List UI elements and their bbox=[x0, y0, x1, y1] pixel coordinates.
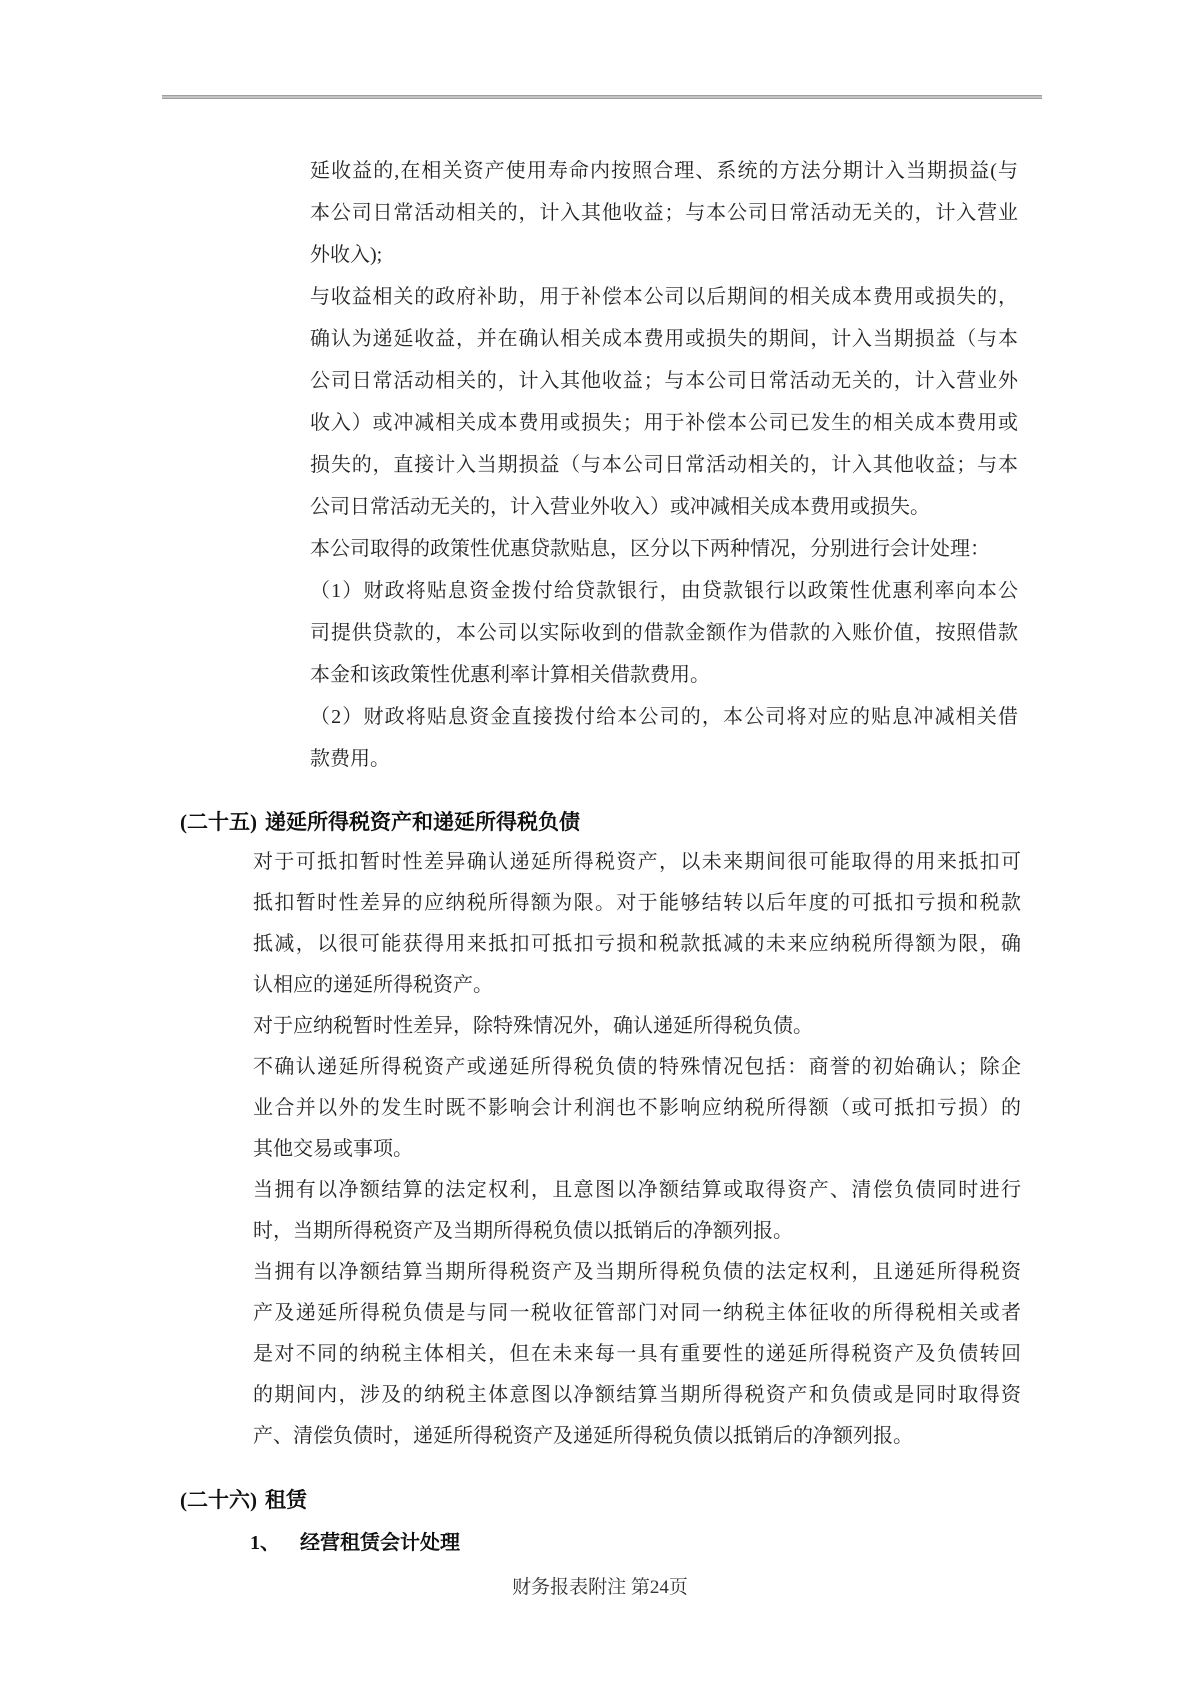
text-line: 款费用。 bbox=[310, 738, 1018, 780]
text-line: 认相应的递延所得税资产。 bbox=[253, 965, 1021, 1006]
section-heading-25: (二十五)递延所得税资产和递延所得税负债 bbox=[180, 806, 580, 836]
text-line: 产、清偿负债时，递延所得税资产及递延所得税负债以抵销后的净额列报。 bbox=[253, 1416, 1021, 1457]
section-title: 租赁 bbox=[265, 1488, 307, 1512]
item-number: 1、 bbox=[250, 1526, 300, 1555]
text-line: 是对不同的纳税主体相关，但在未来每一具有重要性的递延所得税资产及负债转回 bbox=[253, 1334, 1021, 1375]
text-line: 本公司取得的政策性优惠贷款贴息，区分以下两种情况，分别进行会计处理： bbox=[310, 528, 1018, 570]
page-footer: 财务报表附注 第24页 bbox=[0, 1572, 1200, 1599]
paragraph: 延收益的,在相关资产使用寿命内按照合理、系统的方法分期计入当期损益(与本公司日常… bbox=[310, 150, 1018, 276]
paragraph: 当拥有以净额结算的法定权利，且意图以净额结算或取得资产、清偿负债同时进行时，当期… bbox=[253, 1170, 1021, 1252]
section-number: (二十五) bbox=[180, 810, 257, 834]
document-page: 延收益的,在相关资产使用寿命内按照合理、系统的方法分期计入当期损益(与本公司日常… bbox=[0, 0, 1200, 1697]
text-line: （2）财政将贴息资金直接拨付给本公司的，本公司将对应的贴息冲减相关借 bbox=[310, 696, 1018, 738]
subsection-item-1: 1、经营租赁会计处理 bbox=[250, 1526, 460, 1555]
text-line: 损失的，直接计入当期损益（与本公司日常活动相关的，计入其他收益；与本 bbox=[310, 444, 1018, 486]
text-line: 公司日常活动相关的，计入其他收益；与本公司日常活动无关的，计入营业外 bbox=[310, 360, 1018, 402]
section-number: (二十六) bbox=[180, 1488, 257, 1512]
paragraph: （1）财政将贴息资金拨付给贷款银行，由贷款银行以政策性优惠利率向本公司提供贷款的… bbox=[310, 570, 1018, 696]
text-line: 的期间内，涉及的纳税主体意图以净额结算当期所得税资产和负债或是同时取得资 bbox=[253, 1375, 1021, 1416]
text-line: 收入）或冲减相关成本费用或损失；用于补偿本公司已发生的相关成本费用或 bbox=[310, 402, 1018, 444]
text-line: 与收益相关的政府补助，用于补偿本公司以后期间的相关成本费用或损失的， bbox=[310, 276, 1018, 318]
paragraph: 当拥有以净额结算当期所得税资产及当期所得税负债的法定权利，且递延所得税资产及递延… bbox=[253, 1252, 1021, 1457]
paragraph: 与收益相关的政府补助，用于补偿本公司以后期间的相关成本费用或损失的，确认为递延收… bbox=[310, 276, 1018, 528]
text-line: （1）财政将贴息资金拨付给贷款银行，由贷款银行以政策性优惠利率向本公 bbox=[310, 570, 1018, 612]
section-title: 递延所得税资产和递延所得税负债 bbox=[265, 810, 580, 834]
text-line: 不确认递延所得税资产或递延所得税负债的特殊情况包括：商誉的初始确认；除企 bbox=[253, 1047, 1021, 1088]
section-heading-26: (二十六)租赁 bbox=[180, 1484, 307, 1514]
text-line: 时，当期所得税资产及当期所得税负债以抵销后的净额列报。 bbox=[253, 1211, 1021, 1252]
text-line: 当拥有以净额结算的法定权利，且意图以净额结算或取得资产、清偿负债同时进行 bbox=[253, 1170, 1021, 1211]
item-title: 经营租赁会计处理 bbox=[300, 1532, 460, 1554]
text-line: 延收益的,在相关资产使用寿命内按照合理、系统的方法分期计入当期损益(与 bbox=[310, 150, 1018, 192]
continuation-block: 延收益的,在相关资产使用寿命内按照合理、系统的方法分期计入当期损益(与本公司日常… bbox=[310, 150, 1018, 780]
section-25-body: 对于可抵扣暂时性差异确认递延所得税资产，以未来期间很可能取得的用来抵扣可抵扣暂时… bbox=[253, 842, 1021, 1457]
text-line: 产及递延所得税负债是与同一税收征管部门对同一纳税主体征收的所得税相关或者 bbox=[253, 1293, 1021, 1334]
paragraph: （2）财政将贴息资金直接拨付给本公司的，本公司将对应的贴息冲减相关借款费用。 bbox=[310, 696, 1018, 780]
text-line: 其他交易或事项。 bbox=[253, 1129, 1021, 1170]
text-line: 抵减，以很可能获得用来抵扣可抵扣亏损和税款抵减的未来应纳税所得额为限，确 bbox=[253, 924, 1021, 965]
paragraph: 不确认递延所得税资产或递延所得税负债的特殊情况包括：商誉的初始确认；除企业合并以… bbox=[253, 1047, 1021, 1170]
text-line: 外收入); bbox=[310, 234, 1018, 276]
text-line: 当拥有以净额结算当期所得税资产及当期所得税负债的法定权利，且递延所得税资 bbox=[253, 1252, 1021, 1293]
paragraph: 对于应纳税暂时性差异，除特殊情况外，确认递延所得税负债。 bbox=[253, 1006, 1021, 1047]
text-line: 本金和该政策性优惠利率计算相关借款费用。 bbox=[310, 654, 1018, 696]
text-line: 确认为递延收益，并在确认相关成本费用或损失的期间，计入当期损益（与本 bbox=[310, 318, 1018, 360]
header-rule bbox=[162, 95, 1042, 99]
text-line: 公司日常活动无关的，计入营业外收入）或冲减相关成本费用或损失。 bbox=[310, 486, 1018, 528]
text-line: 抵扣暂时性差异的应纳税所得额为限。对于能够结转以后年度的可抵扣亏损和税款 bbox=[253, 883, 1021, 924]
text-line: 对于应纳税暂时性差异，除特殊情况外，确认递延所得税负债。 bbox=[253, 1006, 1021, 1047]
paragraph: 本公司取得的政策性优惠贷款贴息，区分以下两种情况，分别进行会计处理： bbox=[310, 528, 1018, 570]
paragraph: 对于可抵扣暂时性差异确认递延所得税资产，以未来期间很可能取得的用来抵扣可抵扣暂时… bbox=[253, 842, 1021, 1006]
text-line: 司提供贷款的，本公司以实际收到的借款金额作为借款的入账价值，按照借款 bbox=[310, 612, 1018, 654]
text-line: 本公司日常活动相关的，计入其他收益；与本公司日常活动无关的，计入营业 bbox=[310, 192, 1018, 234]
text-line: 业合并以外的发生时既不影响会计利润也不影响应纳税所得额（或可抵扣亏损）的 bbox=[253, 1088, 1021, 1129]
text-line: 对于可抵扣暂时性差异确认递延所得税资产，以未来期间很可能取得的用来抵扣可 bbox=[253, 842, 1021, 883]
